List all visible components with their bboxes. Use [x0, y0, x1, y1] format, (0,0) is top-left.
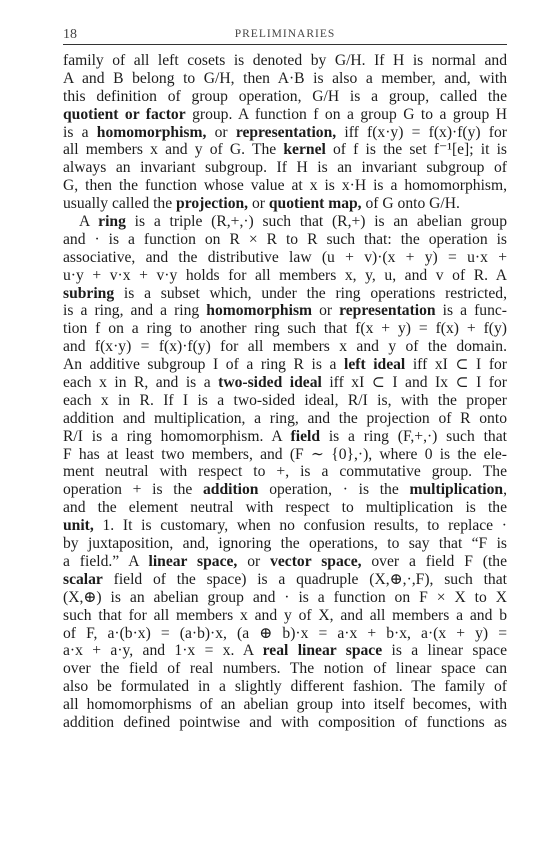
text-line: addition defined pointwise and with comp…: [63, 714, 507, 732]
text-line: ment neutral with respect to +, is a com…: [63, 463, 507, 481]
defined-term: quotient map,: [269, 195, 362, 212]
text-line: and · is a function on R × R to R such t…: [63, 231, 507, 249]
text-line: also be formulated in a slightly differe…: [63, 678, 507, 696]
defined-term: left ideal: [344, 356, 405, 373]
text-line: associative, and the distributive law (u…: [63, 249, 507, 267]
text-line: each x in R, and is a two-sided ideal if…: [63, 374, 507, 392]
text-line: family of all left cosets is denoted by …: [63, 52, 507, 70]
book-page: 18 PRELIMINARIES family of all left cose…: [63, 26, 507, 732]
text-line: (X,⊕) is an abelian group and · is a fun…: [63, 589, 507, 607]
text-line: operation + is the addition operation, ·…: [63, 481, 507, 499]
text-line: scalar field of the space) is a quadrupl…: [63, 571, 507, 589]
text-line: of F, a·(b·x) = (a·b)·x, (a ⊕ b)·x = a·x…: [63, 625, 507, 643]
text-line: all homomorphisms of an abelian group in…: [63, 696, 507, 714]
text-line: unit, 1. It is customary, when no confus…: [63, 517, 507, 535]
text-line: A ring is a triple (R,+,·) such that (R,…: [63, 213, 507, 231]
text-line: over the field of real numbers. The noti…: [63, 660, 507, 678]
running-title: PRELIMINARIES: [63, 28, 507, 40]
running-head: 18 PRELIMINARIES: [63, 26, 507, 45]
defined-term: homomorphism,: [97, 124, 207, 141]
text-line: An additive subgroup I of a ring R is a …: [63, 356, 507, 374]
text-line: is a homomorphism, or representation, if…: [63, 124, 507, 142]
text-line: R/I is a ring homomorphism. A field is a…: [63, 428, 507, 446]
defined-term: field: [291, 428, 320, 445]
defined-term: addition: [203, 481, 258, 498]
text-line: each x in R. If I is a two-sided ideal, …: [63, 392, 507, 410]
text-line: F has at least two members, and (F ∼ {0}…: [63, 446, 507, 464]
text-line: a·x + a·y, and 1·x = x. A real linear sp…: [63, 642, 507, 660]
defined-term: vector space,: [270, 553, 361, 570]
defined-term: subring: [63, 285, 114, 302]
defined-term: kernel: [283, 141, 325, 158]
defined-term: real linear space: [263, 642, 382, 659]
defined-term: projection,: [176, 195, 248, 212]
defined-term: ring: [98, 213, 126, 230]
text-line: u·y + v·x + v·y holds for all members x,…: [63, 267, 507, 285]
text-line: is a ring, and a ring homomorphism or re…: [63, 302, 507, 320]
text-line: always an invariant subgroup. If H is an…: [63, 159, 507, 177]
defined-term: representation,: [236, 124, 336, 141]
text-line: tion f on a ring to another ring such th…: [63, 320, 507, 338]
text-line: subring is a subset which, under the rin…: [63, 285, 507, 303]
text-line: all members x and y of G. The kernel of …: [63, 141, 507, 159]
defined-term: two-sided ideal: [218, 374, 322, 391]
defined-term: homomorphism: [206, 302, 312, 319]
defined-term: quotient or factor: [63, 106, 186, 123]
text-line: such that for all members x and y of X, …: [63, 607, 507, 625]
text-line: G, then the function whose value at x is…: [63, 177, 507, 195]
defined-term: unit,: [63, 517, 94, 534]
defined-term: linear space,: [148, 553, 237, 570]
text-line: usually called the projection, or quotie…: [63, 195, 507, 213]
text-line: by juxtaposition, and, ignoring the oper…: [63, 535, 507, 553]
defined-term: scalar: [63, 571, 103, 588]
text-line: and the element neutral with respect to …: [63, 499, 507, 517]
text-line: quotient or factor group. A function f o…: [63, 106, 507, 124]
text-line: and f(x·y) = f(x)·f(y) for all members x…: [63, 338, 507, 356]
text-line: addition and multiplication, a ring, and…: [63, 410, 507, 428]
defined-term: representation: [339, 302, 435, 319]
text-line: A and B belong to G/H, then A·B is also …: [63, 70, 507, 88]
text-line: this definition of group operation, G/H …: [63, 88, 507, 106]
text-line: a field.” A linear space, or vector spac…: [63, 553, 507, 571]
body-text: family of all left cosets is denoted by …: [63, 52, 507, 732]
defined-term: multiplication: [410, 481, 504, 498]
